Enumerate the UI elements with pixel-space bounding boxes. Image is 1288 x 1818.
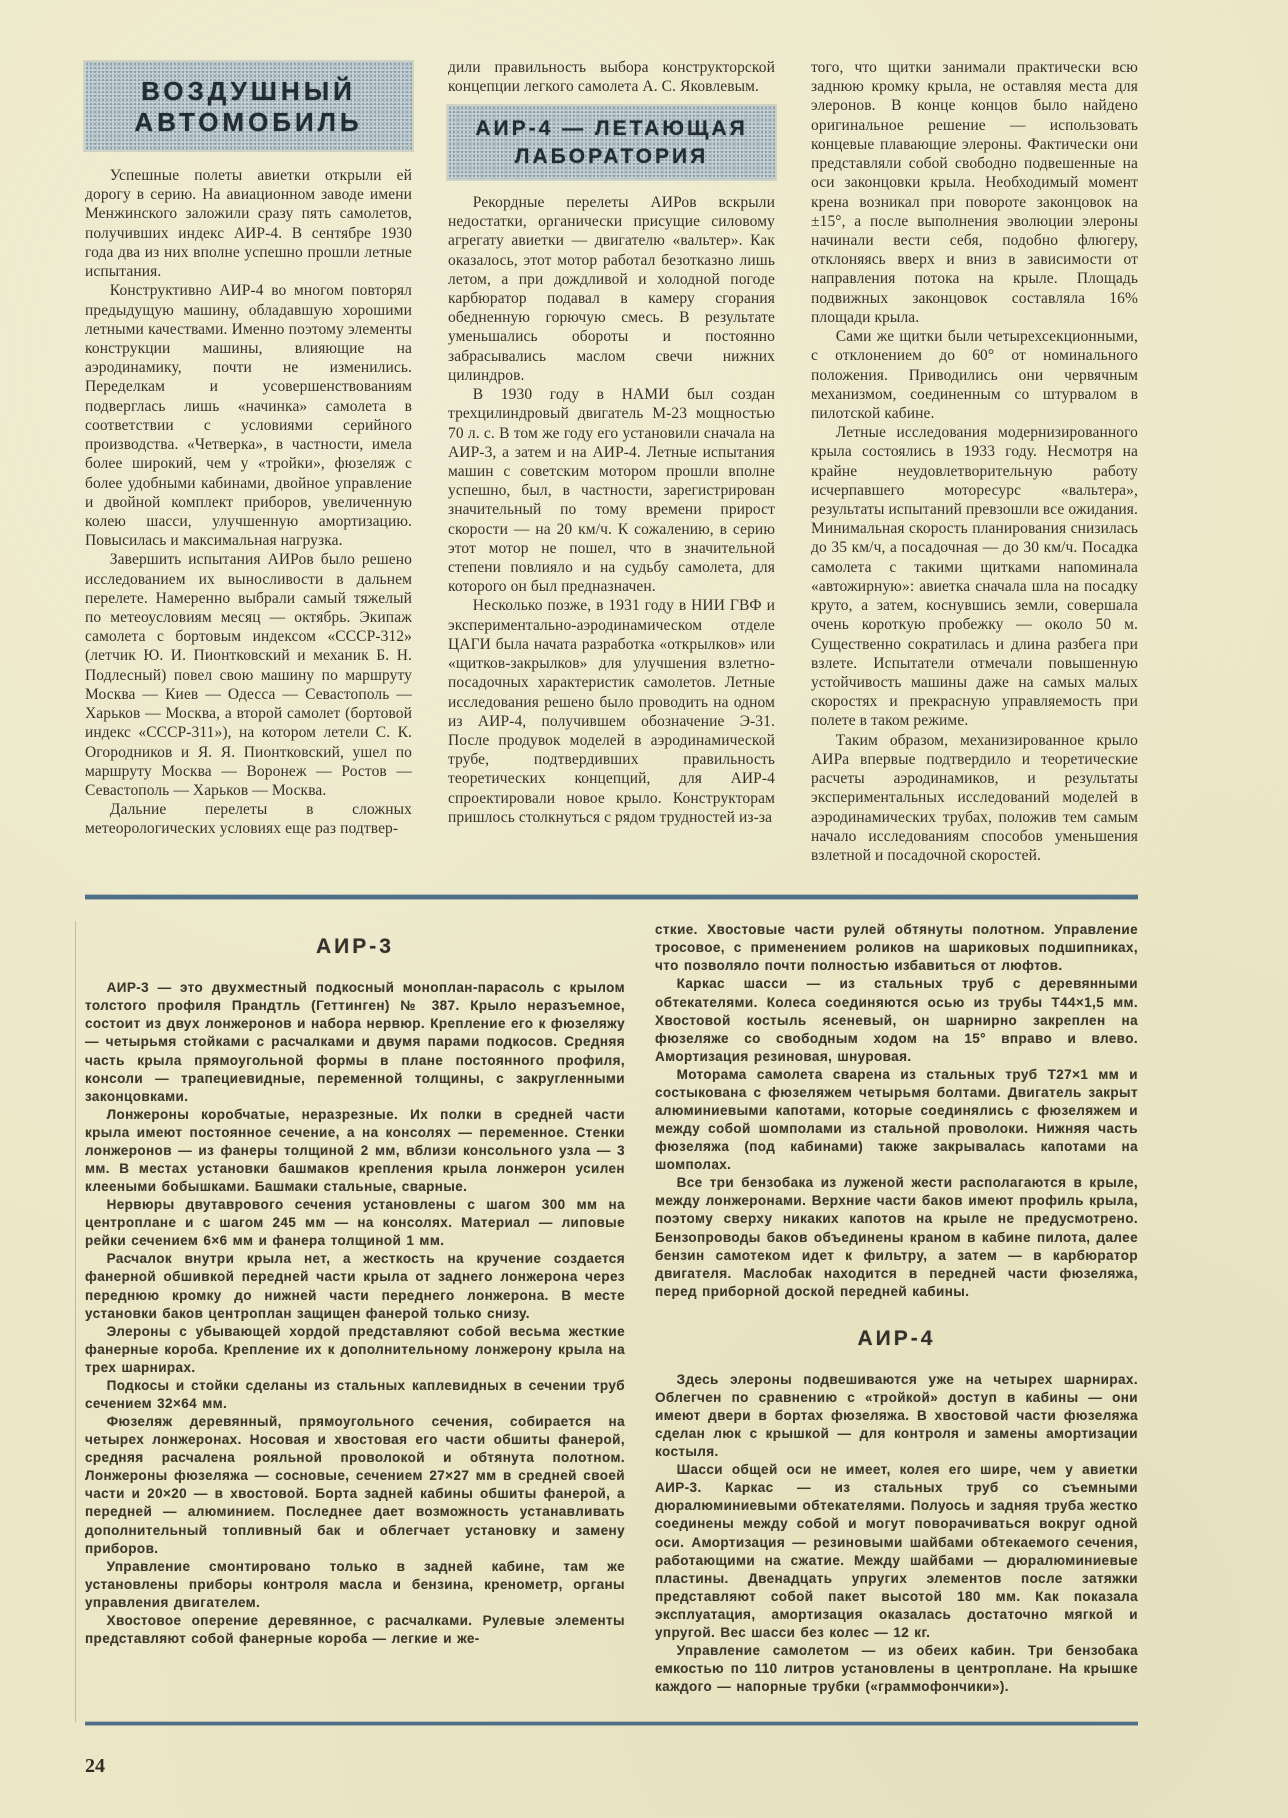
paragraph: Рекордные перелеты АИРов вскрыли недоста… [448,193,775,385]
paragraph: Успешные полеты авиетки открыли ей дорог… [85,166,412,281]
air3-heading: АИР-3 [85,935,625,959]
top-column-3: того, что щитки занимали практически всю… [811,58,1138,865]
top-articles-section: ВОЗДУШНЫЙ АВТОМОБИЛЬ Успешные полеты ави… [85,58,1138,865]
paragraph: Все три бензобака из луженой жести распо… [655,1174,1138,1301]
paragraph: Каркас шасси — из стальных труб с деревя… [655,975,1138,1065]
paragraph: Нервюры двутаврового сечения установлены… [85,1196,625,1250]
paragraph: Здесь элероны подвешиваются уже на четыр… [655,1371,1138,1461]
section-divider-rule [85,895,1138,899]
paragraph: Несколько позже, в 1931 году в НИИ ГВФ и… [448,596,775,827]
paragraph: Моторама самолета сварена из стальных тр… [655,1066,1138,1174]
paragraph: Дальние перелеты в сложных метеорологиче… [85,800,412,838]
specs-column-right: сткие. Хвостовые части рулей обтянуты по… [655,921,1138,1696]
paragraph: Конструктивно АИР-4 во многом повторял п… [85,281,412,550]
article2-title-line2: ЛАБОРАТОРИЯ [452,143,771,171]
paragraph: Хвостовое оперение деревянное, с расчалк… [85,1612,625,1648]
paragraph: В 1930 году в НАМИ был создан трехцилинд… [448,385,775,596]
article1-title-box: ВОЗДУШНЫЙ АВТОМОБИЛЬ [85,62,412,150]
top-column-2: дили правильность выбора конструкторской… [448,58,775,865]
paragraph: Летные исследования модернизированного к… [811,423,1138,731]
top-column-1: ВОЗДУШНЫЙ АВТОМОБИЛЬ Успешные полеты ави… [85,58,412,865]
magazine-page: ВОЗДУШНЫЙ АВТОМОБИЛЬ Успешные полеты ави… [0,0,1288,1818]
bottom-rule [85,1722,1138,1725]
paragraph-continuation: того, что щитки занимали практически всю… [811,58,1138,327]
specs-section: АИР-3 АИР-3 — это двухместный подкосный … [85,921,1138,1696]
paragraph: АИР-3 — это двухместный подкосный монопл… [85,979,625,1106]
paragraph: Элероны с убывающей хордой представляют … [85,1323,625,1377]
page-number: 24 [85,1755,1138,1778]
paragraph: Лонжероны коробчатые, неразрезные. Их по… [85,1106,625,1196]
paragraph: Управление смонтировано только в задней … [85,1558,625,1612]
paragraph: Расчалок внутри крыла нет, а жесткость н… [85,1250,625,1322]
article2-title-line1: АИР-4 — ЛЕТАЮЩАЯ [452,115,771,143]
paragraph: Таким образом, механизированное крыло АИ… [811,731,1138,866]
air4-heading: АИР-4 [655,1327,1138,1351]
paragraph: Управление самолетом — из обеих кабин. Т… [655,1642,1138,1696]
paragraph-continuation: сткие. Хвостовые части рулей обтянуты по… [655,921,1138,975]
article1-title: ВОЗДУШНЫЙ АВТОМОБИЛЬ [134,76,362,137]
paragraph: Шасси общей оси не имеет, колея его шире… [655,1461,1138,1642]
paragraph-continuation: дили правильность выбора конструкторской… [448,58,775,96]
paragraph: Сами же щитки были четырехсекционными, с… [811,327,1138,423]
article2-title-box: АИР-4 — ЛЕТАЮЩАЯ ЛАБОРАТОРИЯ [448,106,775,178]
paragraph: Подкосы и стойки сделаны из стальных кап… [85,1377,625,1413]
specs-column-left: АИР-3 АИР-3 — это двухместный подкосный … [85,921,625,1696]
paragraph: Фюзеляж деревянный, прямоугольного сечен… [85,1413,625,1558]
paragraph: Завершить испытания АИРов было решено ис… [85,550,412,800]
